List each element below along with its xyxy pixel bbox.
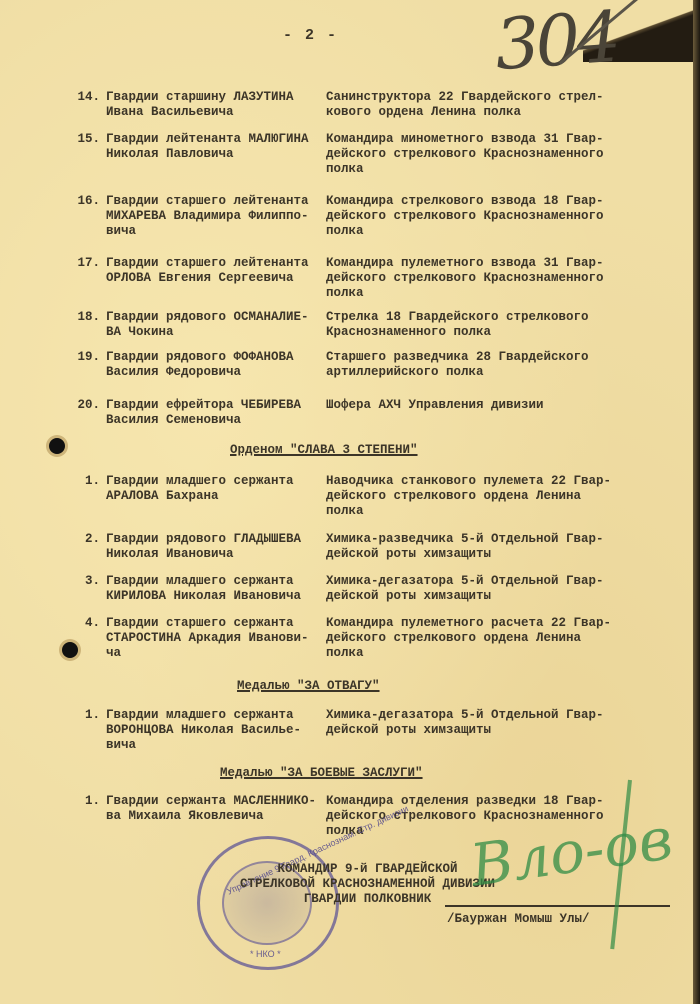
recipient-name-line: ВА Чокина	[106, 325, 356, 340]
recipient-position-line: полка	[326, 224, 656, 239]
entry-number: 18.	[66, 310, 100, 325]
section-heading-zaslugi: Медалью "ЗА БОЕВЫЕ ЗАСЛУГИ"	[220, 766, 423, 780]
page-number: - 2 -	[283, 27, 338, 44]
recipient-position-line: полка	[326, 646, 656, 661]
recipient-name-line: ОРЛОВА Евгения Сергеевича	[106, 271, 356, 286]
recipient-name: Гвардии рядового ГЛАДЫШЕВАНиколая Иванов…	[106, 532, 356, 562]
recipient-name-line: ВОРОНЦОВА Николая Василье-	[106, 723, 356, 738]
recipient-name-line: Гвардии младшего сержанта	[106, 574, 356, 589]
recipient-name-line: ча	[106, 646, 356, 661]
recipient-name-line: Гвардии ефрейтора ЧЕБИРЕВА	[106, 398, 356, 413]
handwritten-archive-number: 304	[492, 0, 619, 86]
recipient-name-line: Николая Ивановича	[106, 547, 356, 562]
recipient-name-line: Гвардии младшего сержанта	[106, 474, 356, 489]
recipient-name-line: КИРИЛОВА Николая Ивановича	[106, 589, 356, 604]
recipient-position: Санинструктора 22 Гвардейского стрел-ков…	[326, 90, 656, 120]
section-heading-slava: Орденом "СЛАВА 3 СТЕПЕНИ"	[230, 443, 418, 457]
recipient-name-line: Гвардии младшего сержанта	[106, 708, 356, 723]
recipient-position: Старшего разведчика 28 Гвардейскогоартил…	[326, 350, 656, 380]
entry-number: 17.	[66, 256, 100, 271]
recipient-name: Гвардии старшего сержантаСТАРОСТИНА Арка…	[106, 616, 356, 661]
entry-number: 20.	[66, 398, 100, 413]
entry-number: 1.	[66, 708, 100, 723]
entry-number: 3.	[66, 574, 100, 589]
signatory-title-line: КОМАНДИР 9-й ГВАРДЕЙСКОЙ	[240, 862, 495, 877]
recipient-name-line: Гвардии лейтенанта МАЛЮГИНА	[106, 132, 356, 147]
recipient-name: Гвардии лейтенанта МАЛЮГИНАНиколая Павло…	[106, 132, 356, 162]
entry-number: 2.	[66, 532, 100, 547]
entry-number: 15.	[66, 132, 100, 147]
entry-number: 19.	[66, 350, 100, 365]
binding-hole	[62, 642, 78, 658]
recipient-name-line: Гвардии рядового ФОФАНОВА	[106, 350, 356, 365]
entry-number: 16.	[66, 194, 100, 209]
recipient-name: Гвардии младшего сержантаАРАЛОВА Бахрана	[106, 474, 356, 504]
recipient-position-line: дейской роты химзащиты	[326, 723, 656, 738]
recipient-name-line: СТАРОСТИНА Аркадия Иванови-	[106, 631, 356, 646]
recipient-name-line: Василия Семеновича	[106, 413, 356, 428]
recipient-position-line: Санинструктора 22 Гвардейского стрел-	[326, 90, 656, 105]
section-heading-otvagu: Медалью "ЗА ОТВАГУ"	[237, 679, 380, 693]
recipient-position: Химика-дегазатора 5-й Отдельной Гвар-дей…	[326, 708, 656, 738]
recipient-position-line: дейского стрелкового Краснознаменного	[326, 209, 656, 224]
recipient-position-line: Химика-разведчика 5-й Отдельной Гвар-	[326, 532, 656, 547]
recipient-name-line: Гвардии сержанта МАСЛЕННИКО-	[106, 794, 356, 809]
recipient-name-line: Гвардии старшину ЛАЗУТИНА	[106, 90, 356, 105]
recipient-position-line: Краснознаменного полка	[326, 325, 656, 340]
recipient-position-line: Командира отделения разведки 18 Гвар-	[326, 794, 656, 809]
recipient-name-line: вича	[106, 738, 356, 753]
page-edge-shadow	[693, 0, 700, 1004]
recipient-name-line: Василия Федоровича	[106, 365, 356, 380]
signature-line	[445, 905, 670, 907]
recipient-position-line: дейской роты химзащиты	[326, 589, 656, 604]
recipient-position-line: Командира пулеметного взвода 31 Гвар-	[326, 256, 656, 271]
recipient-name-line: Гвардии рядового ОСМАНАЛИЕ-	[106, 310, 356, 325]
recipient-name-line: Николая Павловича	[106, 147, 356, 162]
recipient-position: Шофера АХЧ Управления дивизии	[326, 398, 656, 413]
recipient-name: Гвардии ефрейтора ЧЕБИРЕВАВасилия Семено…	[106, 398, 356, 428]
recipient-position: Командира минометного взвода 31 Гвар-дей…	[326, 132, 656, 177]
recipient-position-line: дейской роты химзащиты	[326, 547, 656, 562]
recipient-name-line: ва Михаила Яковлевича	[106, 809, 356, 824]
recipient-name-line: Гвардии старшего лейтенанта	[106, 256, 356, 271]
recipient-position: Командира пулеметного взвода 31 Гвар-дей…	[326, 256, 656, 301]
recipient-position-line: дейского стрелкового Краснознаменного	[326, 271, 656, 286]
recipient-position-line: Наводчика станкового пулемета 22 Гвар-	[326, 474, 656, 489]
recipient-position: Командира стрелкового взвода 18 Гвар-дей…	[326, 194, 656, 239]
recipient-position-line: Химика-дегазатора 5-й Отдельной Гвар-	[326, 708, 656, 723]
recipient-position-line: Командира минометного взвода 31 Гвар-	[326, 132, 656, 147]
recipient-name-line: Гвардии старшего лейтенанта	[106, 194, 356, 209]
recipient-name-line: АРАЛОВА Бахрана	[106, 489, 356, 504]
recipient-name-line: МИХАРЕВА Владимира Филиппо-	[106, 209, 356, 224]
recipient-position-line: Старшего разведчика 28 Гвардейского	[326, 350, 656, 365]
recipient-position: Химика-дегазатора 5-й Отдельной Гвар-дей…	[326, 574, 656, 604]
recipient-position-line: дейского стрелкового Краснознаменного	[326, 147, 656, 162]
recipient-position: Стрелка 18 Гвардейского стрелковогоКрасн…	[326, 310, 656, 340]
recipient-name: Гвардии рядового ФОФАНОВАВасилия Федоров…	[106, 350, 356, 380]
recipient-position-line: Химика-дегазатора 5-й Отдельной Гвар-	[326, 574, 656, 589]
recipient-name: Гвардии сержанта МАСЛЕННИКО-ва Михаила Я…	[106, 794, 356, 824]
recipient-position: Химика-разведчика 5-й Отдельной Гвар-дей…	[326, 532, 656, 562]
recipient-name: Гвардии младшего сержантаВОРОНЦОВА Никол…	[106, 708, 356, 753]
recipient-position: Наводчика станкового пулемета 22 Гвар-де…	[326, 474, 656, 519]
recipient-name-line: Ивана Васильевича	[106, 105, 356, 120]
recipient-name-line: Гвардии рядового ГЛАДЫШЕВА	[106, 532, 356, 547]
recipient-position-line: полка	[326, 504, 656, 519]
recipient-position-line: кового ордена Ленина полка	[326, 105, 656, 120]
recipient-position-line: Шофера АХЧ Управления дивизии	[326, 398, 656, 413]
recipient-position-line: Командира пулеметного расчета 22 Гвар-	[326, 616, 656, 631]
recipient-position-line: дейского стрелкового ордена Ленина	[326, 489, 656, 504]
recipient-name: Гвардии старшину ЛАЗУТИНАИвана Васильеви…	[106, 90, 356, 120]
entry-number: 1.	[66, 794, 100, 809]
stamp-bottom-text: * НКО *	[250, 949, 281, 959]
recipient-name: Гвардии старшего лейтенантаМИХАРЕВА Влад…	[106, 194, 356, 239]
recipient-name: Гвардии старшего лейтенантаОРЛОВА Евгени…	[106, 256, 356, 286]
recipient-name-line: Гвардии старшего сержанта	[106, 616, 356, 631]
binding-hole	[49, 438, 65, 454]
entry-number: 4.	[66, 616, 100, 631]
signatory-title-line: СТРЕЛКОВОЙ КРАСНОЗНАМЕННОЙ ДИВИЗИИ	[240, 877, 495, 892]
recipient-position-line: Стрелка 18 Гвардейского стрелкового	[326, 310, 656, 325]
signatory-name: /Бауржан Момыш Улы/	[447, 912, 590, 926]
recipient-name-line: вича	[106, 224, 356, 239]
recipient-position-line: дейского стрелкового ордена Ленина	[326, 631, 656, 646]
signatory-title: КОМАНДИР 9-й ГВАРДЕЙСКОЙ СТРЕЛКОВОЙ КРАС…	[240, 862, 495, 907]
recipient-position-line: Командира стрелкового взвода 18 Гвар-	[326, 194, 656, 209]
entry-number: 14.	[66, 90, 100, 105]
recipient-name: Гвардии рядового ОСМАНАЛИЕ-ВА Чокина	[106, 310, 356, 340]
recipient-position: Командира пулеметного расчета 22 Гвар-де…	[326, 616, 656, 661]
recipient-position-line: артиллерийского полка	[326, 365, 656, 380]
recipient-position-line: полка	[326, 162, 656, 177]
entry-number: 1.	[66, 474, 100, 489]
recipient-position-line: полка	[326, 286, 656, 301]
recipient-name: Гвардии младшего сержантаКИРИЛОВА Никола…	[106, 574, 356, 604]
